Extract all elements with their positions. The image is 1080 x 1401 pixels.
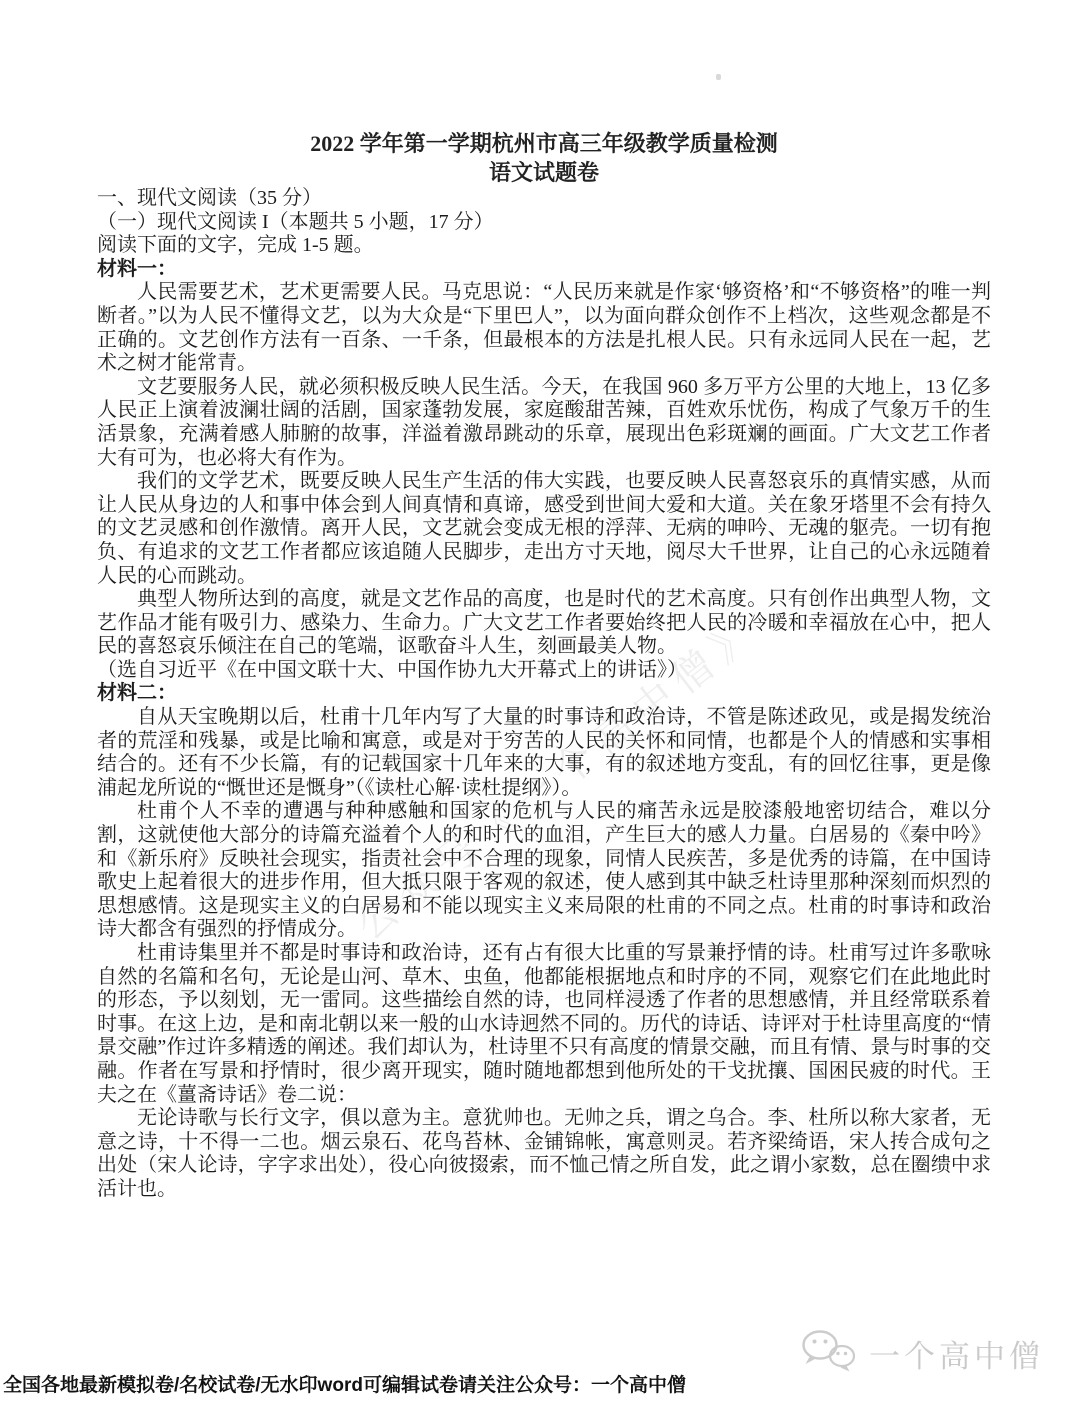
scan-artifact-dot xyxy=(716,74,721,80)
material-two-label: 材料二： xyxy=(97,682,991,706)
footer-promo-text: 全国各地最新模拟卷/名校试卷/无水印word可编辑试卷请关注公众号：一个高中僧 xyxy=(3,1370,686,1397)
section-subheading: （一）现代文阅读 I（本题共 5 小题，17 分） xyxy=(97,211,991,235)
material-one-label: 材料一： xyxy=(97,258,991,282)
material-one-paragraph-4: 典型人物所达到的高度，就是文艺作品的高度，也是时代的艺术高度。只有创作出典型人物… xyxy=(97,588,991,659)
document-content: 2022 学年第一学期杭州市高三年级教学质量检测 语文试题卷 一、现代文阅读（3… xyxy=(97,129,991,1202)
publisher-watermark: 一个高中僧 xyxy=(797,1326,1044,1381)
section-heading: 一、现代文阅读（35 分） xyxy=(97,187,991,211)
material-one-paragraph-3: 我们的文学艺术，既要反映人民生产生活的伟大实践，也要反映人民喜怒哀乐的真情实感，… xyxy=(97,470,991,588)
material-two-paragraph-4: 无论诗歌与长行文字，俱以意为主。意犹帅也。无帅之兵，谓之乌合。李、杜所以称大家者… xyxy=(97,1107,991,1201)
material-one-paragraph-2: 文艺要服务人民，就必须积极反映人民生活。今天，在我国 960 多万平方公里的大地… xyxy=(97,376,991,470)
exam-title: 2022 学年第一学期杭州市高三年级教学质量检测 xyxy=(97,129,991,158)
material-two-paragraph-2: 杜甫个人不幸的遭遇与种种感触和国家的危机与人民的痛苦永远是胶漆般地密切结合，难以… xyxy=(97,800,991,942)
wechat-icon xyxy=(797,1326,859,1381)
publisher-watermark-text: 一个高中僧 xyxy=(869,1331,1044,1376)
material-two-paragraph-1: 自从天宝晚期以后，杜甫十几年内写了大量的时事诗和政治诗，不管是陈述政见，或是揭发… xyxy=(97,706,991,800)
material-one-paragraph-1: 人民需要艺术，艺术更需要人民。马克思说：“人民历来就是作家‘够资格’和“不够资格… xyxy=(97,281,991,375)
reading-instruction: 阅读下面的文字，完成 1-5 题。 xyxy=(97,234,991,258)
exam-subtitle: 语文试题卷 xyxy=(97,158,991,187)
material-two-paragraph-3: 杜甫诗集里并不都是时事诗和政治诗，还有占有很大比重的写景兼抒情的诗。杜甫写过许多… xyxy=(97,942,991,1107)
material-one-attribution: （选自习近平《在中国文联十大、中国作协九大开幕式上的讲话》） xyxy=(97,659,991,683)
exam-paper-page: 公众号《一个高中僧》 2022 学年第一学期杭州市高三年级教学质量检测 语文试题… xyxy=(0,0,1080,1401)
